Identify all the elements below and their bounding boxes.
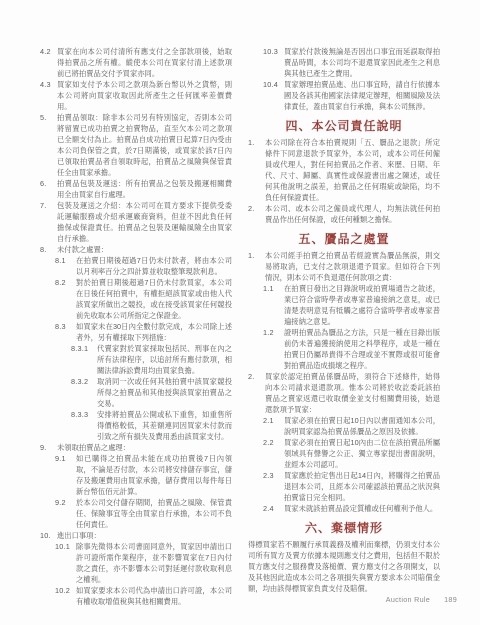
clause-item-10-1: 10.1除事先徵得本公司書面同意外，買家因申請出口許可證所需作業程序，並不影響買… bbox=[55, 541, 232, 585]
clause-item-10-3: 10.3買家於付款後無論是否因出口事宜而延誤取得拍賣品時間，本公司均不退還買家因… bbox=[263, 46, 440, 79]
section-heading: 六、棄標情形 bbox=[248, 521, 440, 535]
clause-number: 5. bbox=[40, 112, 57, 123]
clause-item-9-2: 9.2於本公司交付儲存期間，拍賣品之風險、保管責任、保險事宜等全由買家自行承擔，… bbox=[55, 497, 232, 530]
clause-text: 本公司、或本公司之僱員或代理人，均無法就任何拍賣品作出任何保證，或任何種類之擔保… bbox=[265, 203, 440, 225]
clause-item-2-4: 2.4買家未就該拍賣品設定質權或任何權利予他人。 bbox=[263, 503, 440, 514]
clause-item-2-3: 2.3買家應於拍定售出日起14日內，將購得之拍賣品退回本公司，且經本公司確認該拍… bbox=[263, 470, 440, 503]
section-heading: 四、本公司責任說明 bbox=[248, 119, 440, 133]
clause-text: 證明拍賣品為贗品之方法，只是一種在目錄出版前仍未普遍獲接納使用之科學程序，或是一… bbox=[284, 327, 440, 371]
clause-number: 8.3 bbox=[55, 321, 76, 332]
clause-text: 買家應於拍定售出日起14日內，將購得之拍賣品退回本公司，且經本公司確認該拍賣品之… bbox=[284, 470, 440, 503]
clause-number: 8.3.3 bbox=[71, 409, 97, 420]
left-column: 4.2買家在向本公司付清所有應支付之全部款項後，始取得拍賣品之所有權。縱使本公司… bbox=[40, 46, 232, 607]
clause-number: 2. bbox=[248, 371, 265, 382]
clause-number: 1. bbox=[248, 250, 265, 261]
section-paragraph: 得標買家若不願履行承買義務及權利而棄標，仍須支付本公司所有買方及賣方依據本規則應… bbox=[248, 539, 440, 594]
clause-item-9-1: 9.1如已購得之拍賣品未能在成功拍賣後7日內領取，不論是否付款，本公司將安排儲存… bbox=[55, 453, 232, 497]
clause-text: 未領取拍賣品之處理： bbox=[57, 442, 232, 453]
clause-item-8-2: 8.2對於拍賣日期後超過7日仍未付款買家，本公司在日後任何拍賣中，有權拒絕該買家… bbox=[55, 277, 232, 321]
clause-item-2: 2.本公司、或本公司之僱員或代理人，均無法就任何拍賣品作出任何保證，或任何種類之… bbox=[248, 203, 440, 225]
clause-number: 2.1 bbox=[263, 415, 284, 426]
clause-item-8: 8.未付款之處置： bbox=[40, 244, 232, 255]
clause-item-2: 2.買家於認定拍賣品係贗品時，須符合下述條件，始得向本公司請求退還款項。惟本公司… bbox=[248, 371, 440, 415]
clause-item-8-3-1: 8.3.1代賣家對於買家採取包括民、刑事在內之所有法律程序，以追討所有應付款項，… bbox=[71, 343, 232, 376]
clause-text: 買家於認定拍賣品係贗品時，須符合下述條件，始得向本公司請求退還款項。惟本公司將於… bbox=[265, 371, 440, 415]
clause-text: 未付款之處置： bbox=[57, 244, 232, 255]
clause-number: 9. bbox=[40, 442, 57, 453]
clause-number: 10.4 bbox=[263, 79, 284, 90]
clause-text: 買家在向本公司付清所有應支付之全部款項後，始取得拍賣品之所有權。縱使本公司在買家… bbox=[57, 46, 232, 79]
clause-text: 進出口事項： bbox=[57, 530, 232, 541]
clause-item-8-3-2: 8.3.2取消同一次或任何其他拍賣中該買家競投所得之拍賣品和其他授與該買家拍賣品… bbox=[71, 376, 232, 409]
clause-text: 如買家要求本公司代為申請出口許可證，本公司有權收取增值稅與其他相關費用。 bbox=[76, 585, 232, 607]
clause-text: 除事先徵得本公司書面同意外，買家因申請出口許可證所需作業程序，並不影響買家在7日… bbox=[76, 541, 232, 585]
footer-page-number: 189 bbox=[444, 595, 457, 604]
clause-item-1: 1.本公司除在符合本拍賣規則「五、贗品之退款」所定條件下同意退款予買家外，本公司… bbox=[248, 137, 440, 203]
clause-item-4-2: 4.2買家在向本公司付清所有應支付之全部款項後，始取得拍賣品之所有權。縱使本公司… bbox=[40, 46, 232, 79]
clause-text: 買家未就該拍賣品設定質權或任何權利予他人。 bbox=[284, 503, 440, 514]
clause-number: 1. bbox=[248, 137, 265, 148]
clause-item-1-2: 1.2證明拍賣品為贗品之方法，只是一種在目錄出版前仍未普遍獲接納使用之科學程序，… bbox=[263, 327, 440, 371]
clause-text: 在拍賣日發出之目錄說明或拍賣場通告之敘述，業已符合當時學者或專家普遍接納之意見，… bbox=[284, 283, 440, 327]
clause-text: 買家辦理拍賣品進、出口事宜時，請自行依據本國及各該其他國家法律規定辦理，相關風險… bbox=[284, 79, 440, 112]
two-column-layout: 4.2買家在向本公司付清所有應支付之全部款項後，始取得拍賣品之所有權。縱使本公司… bbox=[40, 46, 440, 607]
document-page: 4.2買家在向本公司付清所有應支付之全部款項後，始取得拍賣品之所有權。縱使本公司… bbox=[0, 0, 480, 625]
clause-text: 本公司經手拍賣之拍賣品若經證實為贗品無誤，則交易將取消，已支付之款項退還予買家。… bbox=[265, 250, 440, 283]
clause-number: 8.2 bbox=[55, 277, 76, 288]
clause-number: 2.4 bbox=[263, 503, 284, 514]
clause-number: 10.1 bbox=[55, 541, 76, 552]
clause-item-10: 10.進出口事項： bbox=[40, 530, 232, 541]
clause-number: 1.2 bbox=[263, 327, 284, 338]
clause-text: 本公司除在符合本拍賣規則「五、贗品之退款」所定條件下同意退款予買家外，本公司，或… bbox=[265, 137, 440, 203]
clause-text: 拍賣品包裝及運送：所有拍賣品之包裝及搬運相關費用全由買家自行處理。 bbox=[57, 178, 232, 200]
clause-text: 拍賣品領取：除非本公司另有特別協定，否則本公司將留置已成功拍賣之拍賣物品，直至欠… bbox=[57, 112, 232, 178]
clause-number: 6. bbox=[40, 178, 57, 189]
clause-item-6: 6.拍賣品包裝及運送：所有拍賣品之包裝及搬運相關費用全由買家自行處理。 bbox=[40, 178, 232, 200]
clause-number: 10.3 bbox=[263, 46, 284, 57]
clause-number: 8.1 bbox=[55, 255, 76, 266]
clause-item-10-2: 10.2如買家要求本公司代為申請出口許可證，本公司有權收取增值稅與其他相關費用。 bbox=[55, 585, 232, 607]
clause-number: 9.2 bbox=[55, 497, 76, 508]
clause-number: 8.3.2 bbox=[71, 376, 97, 387]
clause-number: 2.2 bbox=[263, 437, 284, 448]
clause-item-7: 7.包裝及運送之介紹：本公司可在買方要求下提供受委託運輸服務或介紹承運廠商資料，… bbox=[40, 200, 232, 244]
clause-number: 8. bbox=[40, 244, 57, 255]
clause-item-1: 1.本公司經手拍賣之拍賣品若經證實為贗品無誤，則交易將取消，已支付之款項退還予買… bbox=[248, 250, 440, 283]
clause-item-2-1: 2.1買家必須在拍賣日起10日內以書面通知本公司，說明買家認為拍賣品係贗品之原因… bbox=[263, 415, 440, 437]
clause-text: 代賣家對於買家採取包括民、刑事在內之所有法律程序，以追討所有應付款項，相關法律訴… bbox=[97, 343, 232, 376]
clause-item-8-1: 8.1在拍賣日期後超過7日仍未付款者，將由本公司以月利率百分之四計算並收取整筆現… bbox=[55, 255, 232, 277]
clause-text: 於本公司交付儲存期間，拍賣品之風險、保管責任、保險事宜等全由買家自行承擔，本公司… bbox=[76, 497, 232, 530]
clause-item-1-1: 1.1在拍賣日發出之目錄說明或拍賣場通告之敘述，業已符合當時學者或專家普遍接納之… bbox=[263, 283, 440, 327]
clause-number: 10. bbox=[40, 530, 57, 541]
clause-text: 買家如支付予本公司之款項為新台幣以外之貨幣，則本公司將向買家收取因此所產生之任何… bbox=[57, 79, 232, 112]
clause-item-2-2: 2.2買家必須在拍賣日起10內由二位在該拍賣品所屬領域具有聲譽之公正、獨立專家提… bbox=[263, 437, 440, 470]
clause-number: 2. bbox=[248, 203, 265, 214]
clause-number: 1.1 bbox=[263, 283, 284, 294]
clause-text: 如已購得之拍賣品未能在成功拍賣後7日內領取，不論是否付款，本公司將安排儲存事宜，… bbox=[76, 453, 232, 497]
clause-item-5: 5.拍賣品領取：除非本公司另有特別協定，否則本公司將留置已成功拍賣之拍賣物品，直… bbox=[40, 112, 232, 178]
clause-number: 9.1 bbox=[55, 453, 76, 464]
clause-text: 對於拍賣日期後超過7日仍未付款買家，本公司在日後任何拍賣中，有權拒絕該買家或由他… bbox=[76, 277, 232, 321]
clause-text: 包裝及運送之介紹：本公司可在買方要求下提供受委託運輸服務或介紹承運廠商資料，但並… bbox=[57, 200, 232, 244]
clause-item-8-3: 8.3如買家未在30日內全數付款完成，本公司除上述者外，另有權採取下列措施： bbox=[55, 321, 232, 343]
clause-text: 取消同一次或任何其他拍賣中該買家競投所得之拍賣品和其他授與該買家拍賣品之交易。 bbox=[97, 376, 232, 409]
clause-item-9: 9.未領取拍賣品之處理： bbox=[40, 442, 232, 453]
clause-number: 7. bbox=[40, 200, 57, 211]
clause-text: 如買家未在30日內全數付款完成，本公司除上述者外，另有權採取下列措施： bbox=[76, 321, 232, 343]
clause-item-8-3-3: 8.3.3安排將拍賣品公開或私下重售，如重售所得價格較低，其差額連同因買家未付款… bbox=[71, 409, 232, 442]
clause-number: 8.3.1 bbox=[71, 343, 97, 354]
clause-text: 買家於付款後無論是否因出口事宜而延誤取得拍賣品時間，本公司均不退還買家因此產生之… bbox=[284, 46, 440, 79]
clause-number: 4.3 bbox=[40, 79, 57, 90]
section-heading: 五、贗品之處置 bbox=[248, 232, 440, 246]
clause-text: 買家必須在拍賣日起10內由二位在該拍賣品所屬領域具有聲譽之公正、獨立專家提出書面… bbox=[284, 437, 440, 470]
footer-label: Auction Rule bbox=[386, 595, 430, 604]
clause-text: 買家必須在拍賣日起10日內以書面通知本公司，說明買家認為拍賣品係贗品之原因及依據… bbox=[284, 415, 440, 437]
clause-number: 10.2 bbox=[55, 585, 76, 596]
clause-text: 在拍賣日期後超過7日仍未付款者，將由本公司以月利率百分之四計算並收取整筆現款利息… bbox=[76, 255, 232, 277]
page-footer: Auction Rule 189 bbox=[386, 595, 457, 604]
clause-text: 安排將拍賣品公開或私下重售，如重售所得價格較低，其差額連同因買家未付款而引致之所… bbox=[97, 409, 232, 442]
clause-number: 4.2 bbox=[40, 46, 57, 57]
clause-item-4-3: 4.3買家如支付予本公司之款項為新台幣以外之貨幣，則本公司將向買家收取因此所產生… bbox=[40, 79, 232, 112]
right-column: 10.3買家於付款後無論是否因出口事宜而延誤取得拍賣品時間，本公司均不退還買家因… bbox=[248, 46, 440, 607]
clause-number: 2.3 bbox=[263, 470, 284, 481]
clause-item-10-4: 10.4買家辦理拍賣品進、出口事宜時，請自行依據本國及各該其他國家法律規定辦理，… bbox=[263, 79, 440, 112]
